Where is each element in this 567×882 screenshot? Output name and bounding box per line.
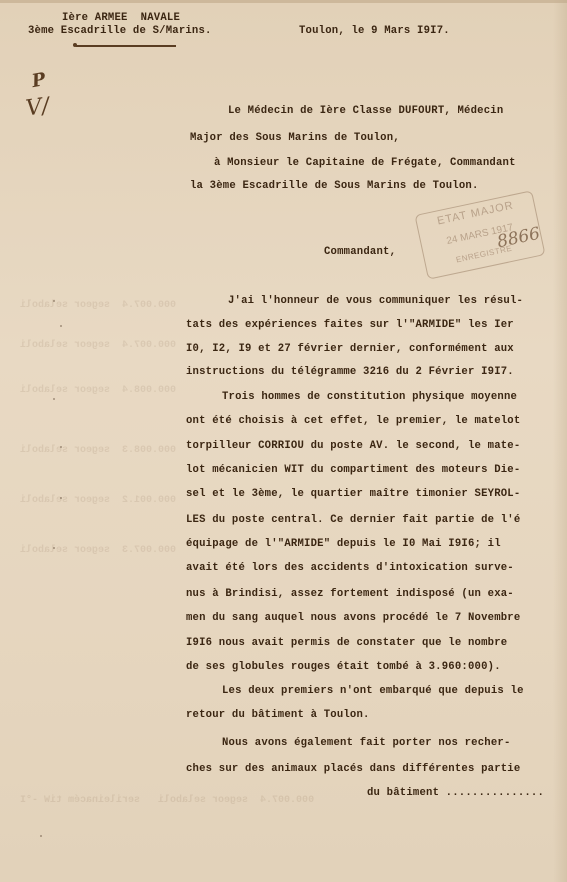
speck [60, 446, 62, 448]
margin-annotation-p: P [30, 69, 47, 92]
bleed-through-text: 000.007.4 segeor selaboli [20, 340, 176, 352]
body-line: Les deux premiers n'ont embarqué que dep… [222, 685, 524, 697]
address-line2: Major des Sous Marins de Toulon, [190, 132, 400, 144]
speck [53, 547, 55, 549]
body-line: du bâtiment ............... [367, 787, 544, 799]
speck [40, 835, 42, 837]
header-unit-line1: Ière ARMEE NAVALE [62, 12, 180, 24]
body-line: avait été lors des accidents d'intoxicat… [186, 562, 514, 574]
body-line: I0, I2, I9 et 27 février dernier, confor… [186, 343, 514, 355]
body-line: sel et le 3ème, le quartier maître timon… [186, 488, 520, 500]
body-line: LES du poste central. Ce dernier fait pa… [186, 514, 520, 526]
body-line: équipage de l'"ARMIDE" depuis le I0 Mai … [186, 538, 501, 550]
address-line3: à Monsieur le Capitaine de Frégate, Comm… [214, 157, 516, 169]
speck [60, 325, 62, 327]
body-line: ont été choisis à cet effet, le premier,… [186, 415, 520, 427]
place-date: Toulon, le 9 Mars I9I7. [299, 25, 450, 37]
bleed-through-text: 000.008.4 segeor selaboli [20, 385, 176, 397]
header-unit-line2: 3ème Escadrille de S/Marins. [28, 25, 212, 37]
margin-annotation-v: V/ [24, 93, 51, 121]
document-page: 000.007.4 segeor selaboli 000.007.4 sege… [0, 0, 567, 882]
salutation: Commandant, [324, 246, 396, 258]
page-right-edge [553, 0, 567, 882]
body-line: retour du bâtiment à Toulon. [186, 709, 370, 721]
bleed-through-text: 000.008.3 segeor selaboli [20, 445, 176, 457]
body-line: nus à Brindisi, assez fortement indispos… [186, 588, 514, 600]
body-line: instructions du télégramme 3216 du 2 Fév… [186, 366, 514, 378]
speck [53, 398, 55, 400]
bleed-through-text: 000.007.4 segeor selaboli [20, 300, 176, 312]
body-line: ches sur des animaux placés dans différe… [186, 763, 520, 775]
speck [60, 497, 62, 499]
page-top-edge [0, 0, 567, 3]
body-line: de ses globules rouges était tombé à 3.9… [186, 661, 501, 673]
bleed-through-text: 000.007.4 segeor selaboli serileinacém t… [20, 795, 314, 807]
body-line: Trois hommes de constitution physique mo… [222, 391, 517, 403]
address-line1: Le Médecin de Ière Classe DUFOURT, Médec… [228, 105, 503, 117]
bleed-through-text: 000.007.3 segeor selaboli [20, 545, 176, 557]
bleed-through-text: 000.001.2 segeor selaboli [20, 495, 176, 507]
address-line4: la 3ème Escadrille de Sous Marins de Tou… [190, 180, 479, 192]
body-line: J'ai l'honneur de vous communiquer les r… [228, 295, 523, 307]
speck [53, 300, 55, 302]
body-line: men du sang auquel nous avons procédé le… [186, 612, 520, 624]
body-line: I9I6 nous avait permis de constater que … [186, 637, 507, 649]
body-line: tats des expériences faites sur l'"ARMID… [186, 319, 514, 331]
header-underline [76, 45, 176, 47]
body-line: torpilleur CORRIOU du poste AV. le secon… [186, 440, 520, 452]
body-line: lot mécanicien WIT du compartiment des m… [186, 464, 520, 476]
body-line: Nous avons également fait porter nos rec… [222, 737, 511, 749]
